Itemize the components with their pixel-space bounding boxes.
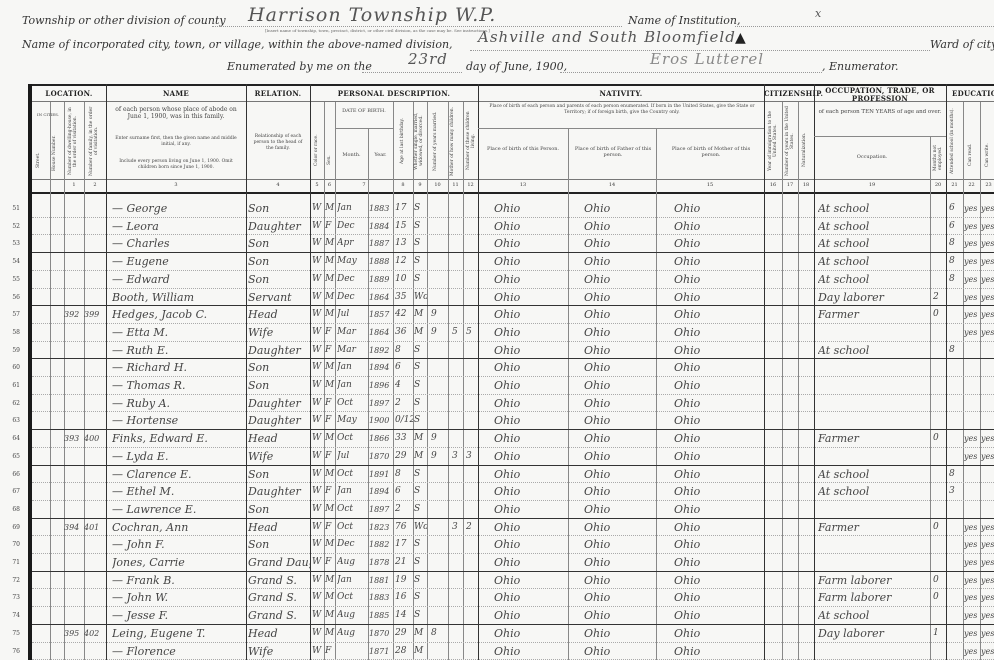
cell-occupation: At school: [818, 483, 930, 500]
cell-month: Oct: [337, 395, 368, 412]
cell-relation: Head: [248, 306, 310, 323]
cell-pob: Ohio: [494, 448, 568, 465]
cell-marital: S: [414, 218, 427, 235]
line-number: 66: [4, 471, 20, 478]
cell-marital: S: [414, 342, 427, 359]
cell-fpob: Ohio: [584, 218, 656, 235]
cell-age: 76: [395, 519, 413, 536]
cell-age: 28: [395, 643, 413, 660]
cell-occupation: At school: [818, 271, 930, 288]
cell-fpob: Ohio: [584, 466, 656, 483]
cell-relation: Son: [248, 501, 310, 518]
cell-age: 35: [395, 289, 413, 306]
cell-name: — Hortense: [112, 412, 246, 429]
cell-write: yes: [981, 589, 994, 606]
line-number: 63: [4, 417, 20, 424]
family-number-label: Number of family, in the order of visita…: [89, 106, 99, 176]
line-number: 62: [4, 400, 20, 407]
cell-year: 1864: [369, 289, 393, 306]
cell-month: Mar: [337, 324, 368, 341]
name-desc-3: Include every person living on June 1, 1…: [114, 159, 238, 171]
cell-unemp: 0: [933, 572, 946, 589]
cell-mpob: Ohio: [674, 448, 764, 465]
cell-name: — Clarence E.: [112, 466, 246, 483]
cell-family: 402: [84, 625, 106, 642]
cell-sex: F: [325, 412, 335, 429]
cell-age: 6: [395, 483, 413, 500]
cell-sex: F: [325, 519, 335, 536]
cell-fpob: Ohio: [584, 235, 656, 252]
cell-marital: S: [414, 536, 427, 553]
cell-color: W: [312, 253, 324, 270]
cell-name: — Etta M.: [112, 324, 246, 341]
cell-school: 3: [949, 483, 963, 500]
cell-color: W: [312, 589, 324, 606]
cell-year: 1864: [369, 324, 393, 341]
cell-age: 42: [395, 306, 413, 323]
cell-year: 1870: [369, 625, 393, 642]
cell-relation: Daughter: [248, 412, 310, 429]
cell-living: 3: [466, 448, 478, 465]
cell-sex: M: [325, 572, 335, 589]
col-num-11: 11: [448, 182, 463, 188]
cell-dwelling: 393: [64, 430, 84, 447]
cell-name: Leing, Eugene T.: [112, 625, 246, 642]
cell-color: W: [312, 536, 324, 553]
col-border-name: [246, 84, 247, 660]
cell-pob: Ohio: [494, 536, 568, 553]
cell-write: yes: [981, 448, 994, 465]
cell-mpob: Ohio: [674, 625, 764, 642]
cell-month: Aug: [337, 607, 368, 624]
cell-sex: M: [325, 200, 335, 217]
line-number: 55: [4, 276, 20, 283]
months-unemployed-label: Months not employed.: [933, 140, 943, 176]
cell-mpob: Ohio: [674, 218, 764, 235]
cell-read: yes: [964, 324, 980, 341]
cell-color: W: [312, 359, 324, 376]
cell-fpob: Ohio: [584, 200, 656, 217]
enumerated-day: 23rd: [408, 50, 448, 68]
name-desc-2: Enter surname first, then the given name…: [114, 136, 238, 148]
cell-write: yes: [981, 625, 994, 642]
cell-name: — George: [112, 200, 246, 217]
cell-year: 1894: [369, 483, 393, 500]
name-desc-1: of each person whose place of abode on J…: [114, 106, 238, 120]
cell-occupation: Farmer: [818, 519, 930, 536]
cell-color: W: [312, 430, 324, 447]
cell-mpob: Ohio: [674, 253, 764, 270]
cell-pob: Ohio: [494, 572, 568, 589]
cell-write: yes: [981, 235, 994, 252]
col-num-22: 22: [963, 182, 980, 188]
cell-month: Oct: [337, 430, 368, 447]
cell-unemp: 2: [933, 289, 946, 306]
cell-color: W: [312, 306, 324, 323]
cell-age: 15: [395, 218, 413, 235]
cell-age: 19: [395, 572, 413, 589]
cell-pob: Ohio: [494, 271, 568, 288]
cell-name: — Lyda E.: [112, 448, 246, 465]
institution-label: Name of Institution,: [628, 14, 740, 27]
cell-month: Jul: [337, 306, 368, 323]
cell-year: 1896: [369, 377, 393, 394]
cell-color: W: [312, 572, 324, 589]
cell-mpob: Ohio: [674, 589, 764, 606]
cell-relation: Daughter: [248, 218, 310, 235]
col-num-13: 13: [478, 182, 568, 188]
cell-sex: F: [325, 395, 335, 412]
pob-father-label: Place of birth of Father of this person.: [573, 146, 653, 158]
month-label: Month.: [335, 152, 368, 158]
cell-sex: F: [325, 342, 335, 359]
col-num-4: 4: [246, 182, 310, 188]
cell-sex: M: [325, 607, 335, 624]
cell-mpob: Ohio: [674, 643, 764, 660]
cell-relation: Son: [248, 235, 310, 252]
cell-mpob: Ohio: [674, 359, 764, 376]
marital-status-label: Whether single, married, widowed, or div…: [414, 106, 424, 176]
cell-occupation: Day laborer: [818, 289, 930, 306]
cell-occupation: At school: [818, 607, 930, 624]
cell-school: 6: [949, 218, 963, 235]
cell-month: Mar: [337, 342, 368, 359]
cell-relation: Daughter: [248, 395, 310, 412]
cell-age: 16: [395, 589, 413, 606]
cell-name: — Richard H.: [112, 359, 246, 376]
cell-sex: F: [325, 324, 335, 341]
cell-marital: S: [414, 589, 427, 606]
line-number: 67: [4, 488, 20, 495]
enumerator-dots: [560, 72, 822, 73]
cell-pob: Ohio: [494, 253, 568, 270]
cell-marital: S: [414, 554, 427, 571]
cell-unemp: 0: [933, 589, 946, 606]
cell-name: — Eugene: [112, 253, 246, 270]
name-header: NAME: [106, 89, 246, 98]
cell-name: — Jesse F.: [112, 607, 246, 624]
cell-relation: Son: [248, 200, 310, 217]
header-bottom-border: [32, 192, 994, 194]
cell-year: 1870: [369, 448, 393, 465]
years-in-us-label: Number of years in the United States.: [785, 106, 795, 176]
cell-fpob: Ohio: [584, 448, 656, 465]
cell-name: — Ruby A.: [112, 395, 246, 412]
cell-age: 6: [395, 359, 413, 376]
line-number: 59: [4, 347, 20, 354]
cell-pob: Ohio: [494, 607, 568, 624]
cell-fpob: Ohio: [584, 501, 656, 518]
relation-desc: Relationship of each person to the head …: [250, 134, 306, 152]
day-dots: [362, 72, 462, 73]
cell-mpob: Ohio: [674, 342, 764, 359]
enumerated-month-year: day of June, 1900,: [466, 60, 567, 73]
cell-pob: Ohio: [494, 466, 568, 483]
cell-marital: S: [414, 377, 427, 394]
line-number: 51: [4, 205, 20, 212]
cell-fpob: Ohio: [584, 271, 656, 288]
cell-year: 1881: [369, 572, 393, 589]
cell-read: yes: [964, 200, 980, 217]
cell-pob: Ohio: [494, 377, 568, 394]
enumerator-value: Eros Lutterel: [650, 50, 764, 68]
cell-marital: S: [414, 501, 427, 518]
cell-mpob: Ohio: [674, 536, 764, 553]
cell-unemp: 1: [933, 625, 946, 642]
cell-mpob: Ohio: [674, 466, 764, 483]
cell-pob: Ohio: [494, 430, 568, 447]
cell-read: yes: [964, 554, 980, 571]
cell-name: — Frank B.: [112, 572, 246, 589]
cell-age: 21: [395, 554, 413, 571]
cell-year: 1823: [369, 519, 393, 536]
cell-fpob: Ohio: [584, 536, 656, 553]
cell-fpob: Ohio: [584, 519, 656, 536]
cell-read: yes: [964, 306, 980, 323]
cell-year: 1857: [369, 306, 393, 323]
line-number: 61: [4, 382, 20, 389]
cell-pob: Ohio: [494, 218, 568, 235]
line-number: 73: [4, 594, 20, 601]
cell-occupation: At school: [818, 218, 930, 235]
location-header: LOCATION.: [32, 89, 106, 98]
cell-year: 1897: [369, 395, 393, 412]
cell-marital: S: [414, 466, 427, 483]
cell-read: yes: [964, 448, 980, 465]
col-num-18: 18: [798, 182, 814, 188]
col-border-occupation: [946, 84, 947, 660]
col-num-9: 9: [413, 182, 427, 188]
house-number-label: House Number.: [52, 129, 57, 177]
cell-occupation: At school: [818, 466, 930, 483]
cell-unemp: 0: [933, 430, 946, 447]
cell-read: yes: [964, 218, 980, 235]
line-number: 74: [4, 612, 20, 619]
cell-pob: Ohio: [494, 359, 568, 376]
institution-value: x: [815, 7, 822, 20]
cell-read: yes: [964, 625, 980, 642]
col-border-relation: [310, 84, 311, 660]
cell-fpob: Ohio: [584, 625, 656, 642]
cell-relation: Son: [248, 253, 310, 270]
cell-mpob: Ohio: [674, 324, 764, 341]
cell-marital: S: [414, 200, 427, 217]
cell-marital: M: [414, 643, 427, 660]
cell-read: yes: [964, 271, 980, 288]
col-street: [50, 102, 51, 660]
cell-age: 33: [395, 430, 413, 447]
cell-month: Oct: [337, 519, 368, 536]
cell-age: 29: [395, 448, 413, 465]
cell-fpob: Ohio: [584, 412, 656, 429]
cell-age: 0/12: [395, 412, 413, 429]
col-num-8: 8: [393, 182, 413, 188]
cell-family: 400: [84, 430, 106, 447]
cell-mpob: Ohio: [674, 519, 764, 536]
line-number: 65: [4, 453, 20, 460]
cell-read: yes: [964, 607, 980, 624]
cell-fpob: Ohio: [584, 643, 656, 660]
cell-occupation: Farmer: [818, 306, 930, 323]
cell-month: Jan: [337, 377, 368, 394]
cell-marital: M: [414, 306, 427, 323]
cell-age: 10: [395, 271, 413, 288]
line-number: 57: [4, 311, 20, 318]
cell-color: W: [312, 342, 324, 359]
cell-write: yes: [981, 200, 994, 217]
cell-write: yes: [981, 643, 994, 660]
cell-relation: Daughter: [248, 342, 310, 359]
cell-mpob: Ohio: [674, 289, 764, 306]
cell-year: 1900: [369, 412, 393, 429]
line-number: 69: [4, 524, 20, 531]
cell-dwelling: 394: [64, 519, 84, 536]
cell-relation: Grand S.: [248, 589, 310, 606]
sheet-left-border: [28, 84, 32, 660]
cell-sex: M: [325, 359, 335, 376]
education-header: EDUCATION.: [946, 89, 994, 98]
occupation-header: OCCUPATION, TRADE, OR PROFESSION: [814, 87, 946, 103]
cell-year: 1866: [369, 430, 393, 447]
cell-sex: F: [325, 448, 335, 465]
cell-write: yes: [981, 218, 994, 235]
cell-color: W: [312, 466, 324, 483]
cell-read: yes: [964, 589, 980, 606]
institution-dots: [735, 26, 994, 27]
cell-mpob: Ohio: [674, 271, 764, 288]
cell-sex: F: [325, 554, 335, 571]
cell-write: yes: [981, 306, 994, 323]
line-number: 54: [4, 258, 20, 265]
cell-age: 2: [395, 501, 413, 518]
cell-mpob: Ohio: [674, 501, 764, 518]
cell-school: 8: [949, 235, 963, 252]
cell-pob: Ohio: [494, 519, 568, 536]
cell-relation: Grand Daughter: [248, 554, 310, 571]
col-num-21: 21: [946, 182, 963, 188]
occupation-desc: of each person TEN YEARS of age and over…: [818, 109, 942, 115]
cell-age: 13: [395, 235, 413, 252]
col-num-10: 10: [427, 182, 448, 188]
col-border-personal: [478, 84, 479, 660]
pob-person-label: Place of birth of this Person.: [483, 146, 563, 152]
cell-name: — Thomas R.: [112, 377, 246, 394]
cell-age: 36: [395, 324, 413, 341]
col-num-17: 17: [782, 182, 798, 188]
cell-marital: M: [414, 625, 427, 642]
attended-school-label: Attended school (in months).: [950, 106, 955, 176]
cell-color: W: [312, 483, 324, 500]
cell-month: May: [337, 253, 368, 270]
township-note: [Insert name of township, town, precinct…: [265, 28, 490, 33]
cell-mpob: Ohio: [674, 412, 764, 429]
sex-label: Sex.: [327, 144, 332, 176]
cell-read: yes: [964, 430, 980, 447]
column-number-rule: [32, 179, 994, 180]
cell-living: 2: [466, 519, 478, 536]
col-border-citizenship: [814, 84, 815, 660]
cell-pob: Ohio: [494, 589, 568, 606]
cell-ym: 9: [431, 430, 448, 447]
date-of-birth-label: DATE OF BIRTH.: [335, 108, 393, 114]
cell-sex: F: [325, 218, 335, 235]
cell-color: W: [312, 554, 324, 571]
children-living-label: Number of these children living.: [466, 106, 476, 176]
cell-pob: Ohio: [494, 235, 568, 252]
dob-rule: [335, 128, 393, 129]
cell-pob: Ohio: [494, 306, 568, 323]
cell-ym: 9: [431, 448, 448, 465]
cell-mpob: Ohio: [674, 306, 764, 323]
cell-relation: Servant: [248, 289, 310, 306]
cell-name: Cochran, Ann: [112, 519, 246, 536]
cell-mpob: Ohio: [674, 377, 764, 394]
cell-sex: M: [325, 536, 335, 553]
cell-occupation: Farm laborer: [818, 589, 930, 606]
cell-pob: Ohio: [494, 501, 568, 518]
cell-mpob: Ohio: [674, 395, 764, 412]
cell-fpob: Ohio: [584, 395, 656, 412]
cell-marital: S: [414, 572, 427, 589]
cell-write: yes: [981, 607, 994, 624]
township-dots: [212, 26, 622, 27]
cell-write: yes: [981, 324, 994, 341]
cell-pob: Ohio: [494, 395, 568, 412]
line-number: 58: [4, 329, 20, 336]
cell-sex: M: [325, 430, 335, 447]
color-label: Color or race.: [314, 124, 319, 176]
cell-month: Dec: [337, 289, 368, 306]
cell-write: yes: [981, 289, 994, 306]
cell-occupation: Day laborer: [818, 625, 930, 642]
cell-school: 8: [949, 253, 963, 270]
cell-pob: Ohio: [494, 625, 568, 642]
cell-relation: Wife: [248, 448, 310, 465]
cell-pob: Ohio: [494, 483, 568, 500]
cell-year: 1883: [369, 200, 393, 217]
cell-relation: Son: [248, 377, 310, 394]
cell-month: Jan: [337, 359, 368, 376]
cell-fpob: Ohio: [584, 483, 656, 500]
cell-year: 1897: [369, 501, 393, 518]
cell-month: May: [337, 412, 368, 429]
cell-sex: M: [325, 306, 335, 323]
col-num-23: 23: [980, 182, 994, 188]
cell-name: Booth, William: [112, 289, 246, 306]
cell-color: W: [312, 324, 324, 341]
relation-header: RELATION.: [246, 89, 310, 98]
cell-age: 29: [395, 625, 413, 642]
dwelling-number-label: Number of dwelling-house, in the order o…: [68, 106, 78, 176]
col-border-nativity: [764, 84, 765, 660]
cell-ym: 9: [431, 324, 448, 341]
cell-relation: Grand S.: [248, 572, 310, 589]
in-cities-label: IN CITIES.: [32, 112, 64, 118]
cell-mother: 3: [452, 519, 463, 536]
cell-marital: S: [414, 359, 427, 376]
cell-name: — Leora: [112, 218, 246, 235]
year-label: Year.: [368, 152, 393, 158]
cell-year: 1882: [369, 536, 393, 553]
cell-month: Dec: [337, 271, 368, 288]
cell-dwelling: 395: [64, 625, 84, 642]
cell-month: Oct: [337, 466, 368, 483]
cell-month: Dec: [337, 536, 368, 553]
cell-color: W: [312, 519, 324, 536]
cell-marital: M: [414, 448, 427, 465]
cell-write: yes: [981, 519, 994, 536]
cell-month: Jan: [337, 572, 368, 589]
